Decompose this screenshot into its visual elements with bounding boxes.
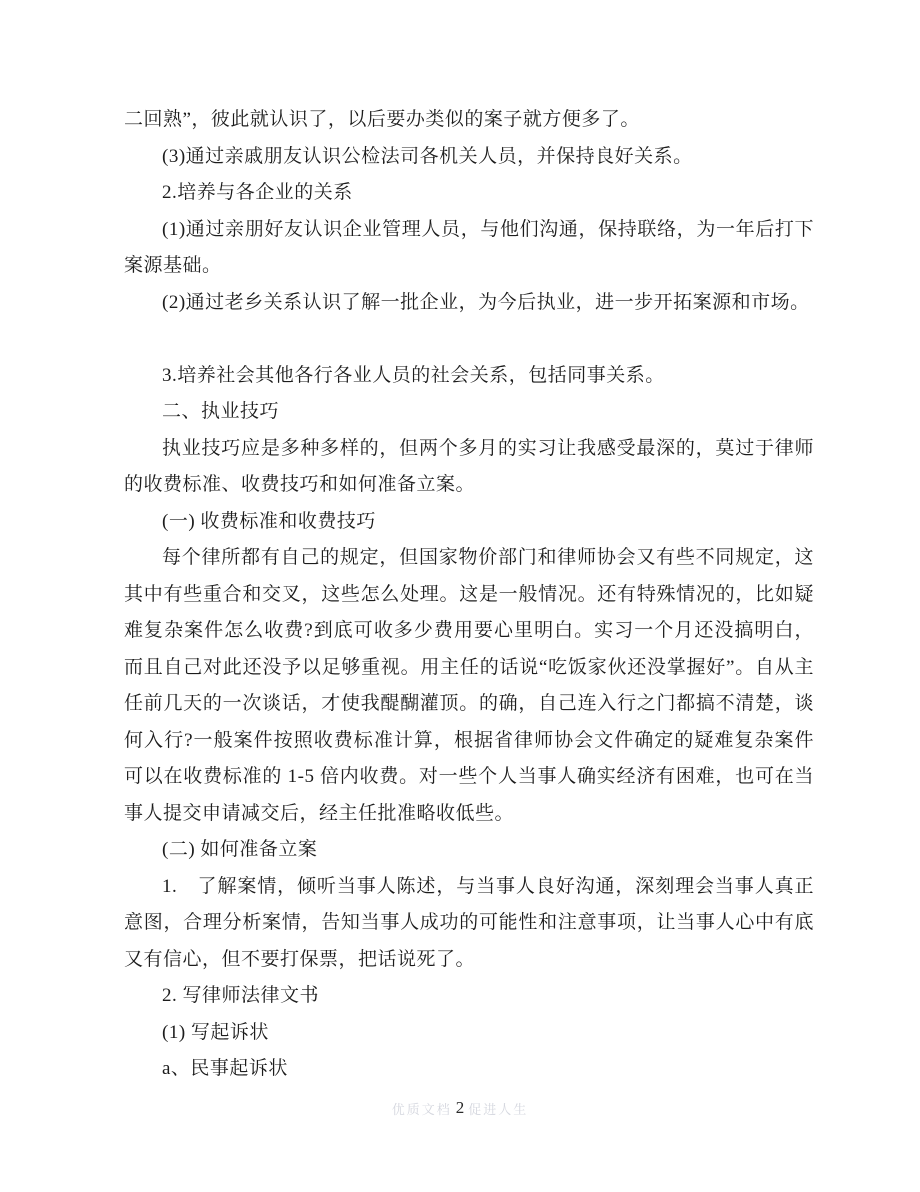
paragraph: (1)通过亲朋好友认识企业管理人员，与他们沟通，保持联络，为一年后打下案源基础。 [124, 212, 814, 285]
paragraph: (二) 如何准备立案 [124, 832, 814, 869]
paragraph: (3)通过亲戚朋友认识公检法司各机关人员，并保持良好关系。 [124, 139, 814, 176]
paragraph: 2. 写律师法律文书 [124, 978, 814, 1015]
paragraph: 3.培养社会其他各行各业人员的社会关系，包括同事关系。 [124, 358, 814, 395]
paragraph: 1. 了解案情，倾听当事人陈述，与当事人良好沟通，深刻理会当事人真正意图，合理分… [124, 869, 814, 979]
paragraph: 二回熟”，彼此就认识了，以后要办类似的案子就方便多了。 [124, 102, 814, 139]
paragraph: a、民事起诉状 [124, 1051, 814, 1088]
document-body: 二回熟”，彼此就认识了，以后要办类似的案子就方便多了。(3)通过亲戚朋友认识公检… [124, 102, 814, 1088]
paragraph: (1) 写起诉状 [124, 1015, 814, 1052]
paragraph: 执业技巧应是多种多样的，但两个多月的实习让我感受最深的，莫过于律师的收费标准、收… [124, 431, 814, 504]
footer-watermark-left: 优质文档 [392, 1099, 452, 1118]
paragraph: 二、执业技巧 [124, 394, 814, 431]
blank-line [124, 321, 814, 358]
page-footer: 优质文档 2 促进人生 [0, 1094, 920, 1122]
paragraph: (2)通过老乡关系认识了解一批企业，为今后执业，进一步开拓案源和市场。 [124, 285, 814, 322]
paragraph: 2.培养与各企业的关系 [124, 175, 814, 212]
document-page: 二回熟”，彼此就认识了，以后要办类似的案子就方便多了。(3)通过亲戚朋友认识公检… [0, 0, 920, 1192]
paragraph: 每个律所都有自己的规定，但国家物价部门和律师协会又有些不同规定，这其中有些重合和… [124, 540, 814, 832]
page-number: 2 [456, 1098, 465, 1118]
footer-watermark-right: 促进人生 [468, 1099, 528, 1118]
paragraph: (一) 收费标准和收费技巧 [124, 504, 814, 541]
